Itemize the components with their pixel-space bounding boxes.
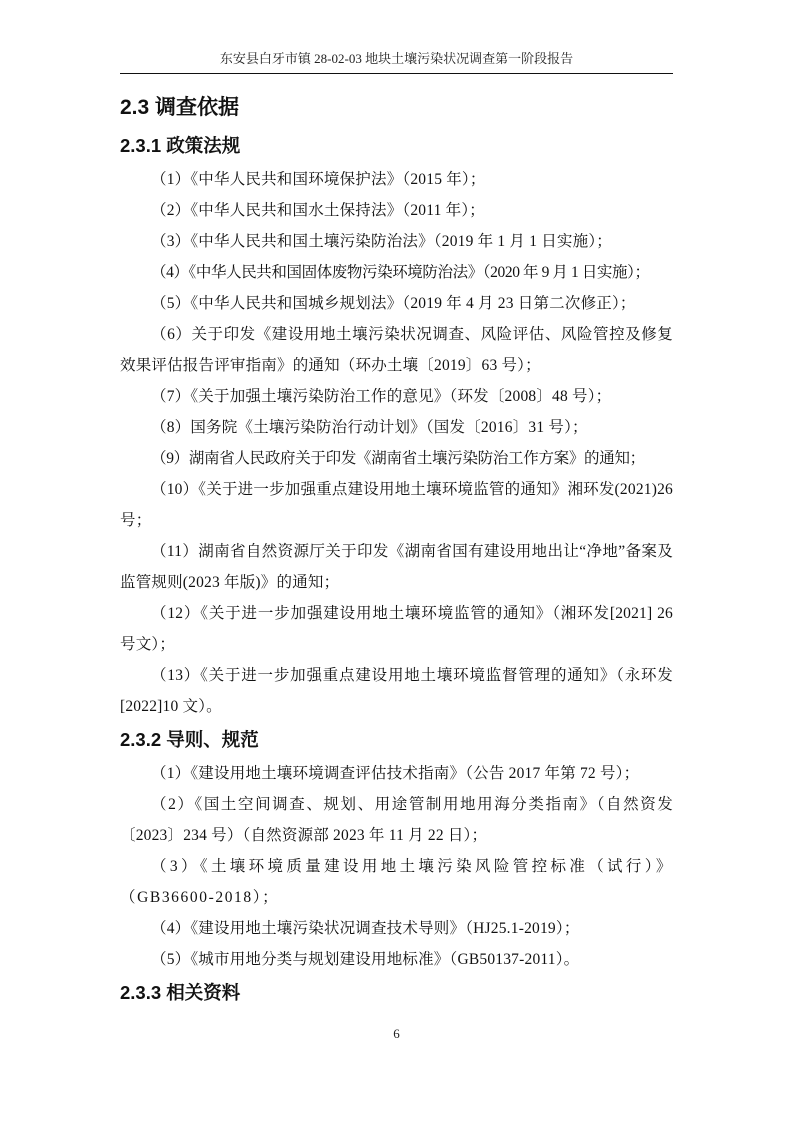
list-item: （6）关于印发《建设用地土壤污染状况调查、风险评估、风险管控及修复效果评估报告评… [120,319,673,381]
list-item: （2）《国土空间调查、规划、用途管制用地用海分类指南》（自然资发〔2023〕23… [120,789,673,851]
list-item: （1）《建设用地土壤环境调查评估技术指南》（公告 2017 年第 72 号）； [120,758,673,789]
list-item: （5）《中华人民共和国城乡规划法》（2019 年 4 月 23 日第二次修正）； [120,288,673,319]
list-item: （3）《中华人民共和国土壤污染防治法》（2019 年 1 月 1 日实施）； [120,226,673,257]
list-item: （12）《关于进一步加强建设用地土壤环境监管的通知》（湘环发[2021] 26 … [120,598,673,660]
list-item: （7）《关于加强土壤污染防治工作的意见》（环发〔2008〕48 号）； [120,381,673,412]
page-number: 6 [0,1026,793,1042]
header-divider [120,73,673,74]
list-item: （8）国务院《土壤污染防治行动计划》（国发〔2016〕31 号）； [120,412,673,443]
subsection-heading-policies: 2.3.1 政策法规 [120,128,673,164]
list-item: （9）湖南省人民政府关于印发《湖南省土壤污染防治工作方案》的通知； [120,443,673,474]
list-item: （13）《关于进一步加强重点建设用地土壤环境监督管理的通知》（永环发[2022]… [120,660,673,722]
subsection-heading-guidelines: 2.3.2 导则、规范 [120,722,673,758]
list-item: （1）《中华人民共和国环境保护法》（2015 年）； [120,164,673,195]
document-body: 2.3 调查依据 2.3.1 政策法规 （1）《中华人民共和国环境保护法》（20… [120,88,673,1011]
list-item: （4）《中华人民共和国固体废物污染环境防治法》（2020 年 9 月 1 日实施… [120,257,673,288]
list-item: （11）湖南省自然资源厅关于印发《湖南省国有建设用地出让“净地”备案及监管规则(… [120,536,673,598]
page-header: 东安县白牙市镇 28-02-03 地块土壤污染状况调查第一阶段报告 [120,50,673,68]
section-heading: 2.3 调查依据 [120,88,673,128]
list-item: （3）《土壤环境质量建设用地土壤污染风险管控标准（试行）》（GB36600-20… [120,851,673,913]
list-item: （4）《建设用地土壤污染状况调查技术导则》（HJ25.1-2019）； [120,913,673,944]
list-item: （10）《关于进一步加强重点建设用地土壤环境监管的通知》湘环发(2021)26 … [120,474,673,536]
subsection-heading-materials: 2.3.3 相关资料 [120,975,673,1011]
list-item: （5）《城市用地分类与规划建设用地标准》（GB50137-2011）。 [120,944,673,975]
list-item: （2）《中华人民共和国水土保持法》（2011 年）； [120,195,673,226]
